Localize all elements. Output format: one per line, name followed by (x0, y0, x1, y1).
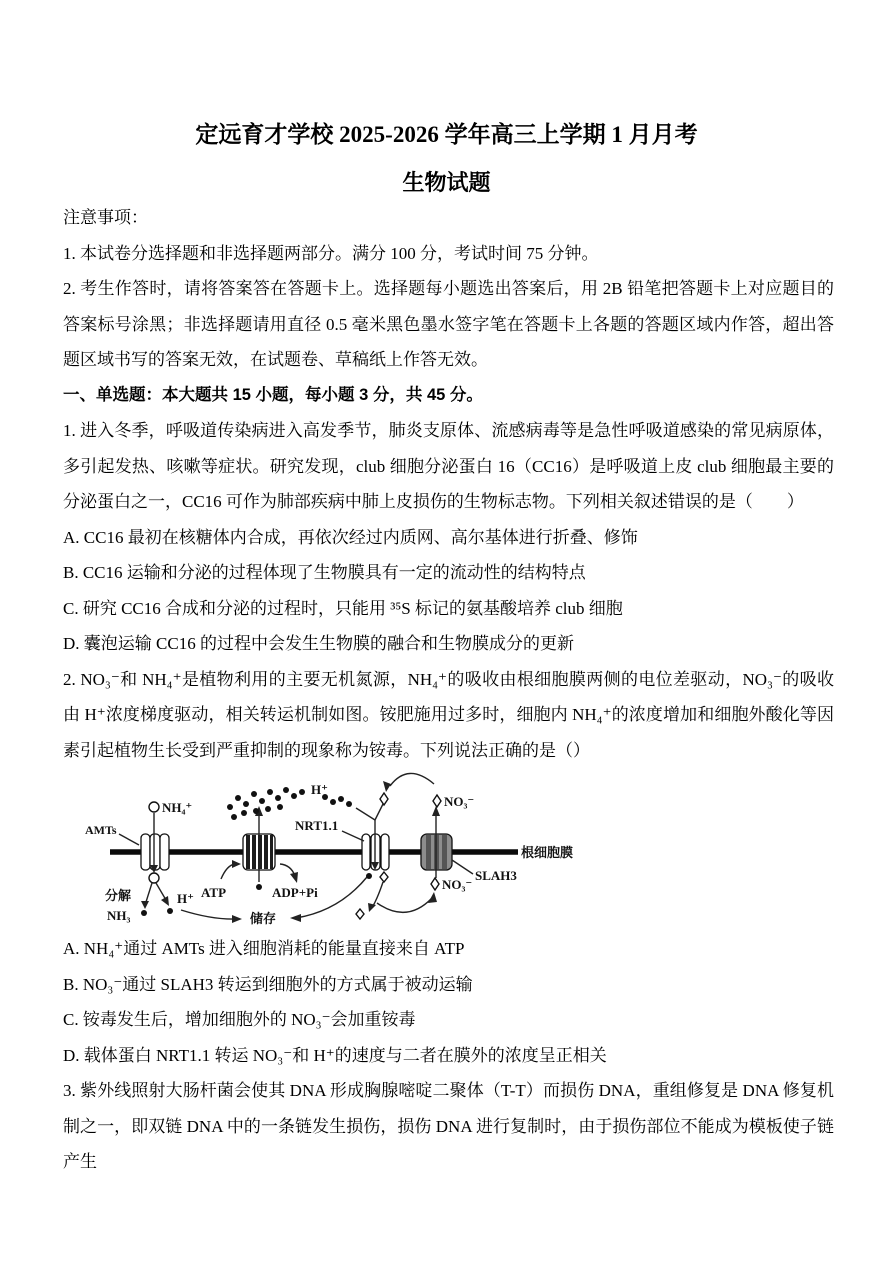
nrt-funnel-left (356, 808, 375, 820)
question-2-option-a: A. NH₄⁺通过 AMTs 进入细胞消耗的能量直接来自 ATP (63, 931, 834, 967)
nrt11-pointer-line (342, 831, 364, 841)
nh4-ion-icon (149, 802, 159, 812)
pumped-h-dot-icon (256, 884, 262, 890)
h-dot-below-nrt (366, 873, 372, 879)
amts-transporter-icon (141, 834, 169, 870)
question-1-option-c: C. 研究 CC16 合成和分泌的过程时，只能用 ³⁵S 标记的氨基酸培养 cl… (63, 591, 834, 627)
amts-label: AMTs (85, 823, 117, 837)
question-1-option-d: D. 囊泡运输 CC16 的过程中会发生生物膜的融合和生物膜成分的更新 (63, 626, 834, 662)
question-1-stem: 1. 进入冬季，呼吸道传染病进入高发季节，肺炎支原体、流感病毒等是急性呼吸道感染… (63, 413, 834, 520)
no3-diamond-above-nrt (380, 793, 388, 805)
exam-paper-page: 定远育才学校 2025-2026 学年高三上学期 1 月月考 生物试题 注意事项… (0, 0, 893, 1263)
question-2-option-d: D. 载体蛋白 NRT1.1 转运 NO₃⁻和 H⁺的速度与二者在膜外的浓度呈正… (63, 1038, 834, 1074)
question-1-option-b: B. CC16 运输和分泌的过程体现了生物膜具有一定的流动性的结构特点 (63, 555, 834, 591)
store-label: 储存 (250, 911, 276, 926)
h-plus-in-label: H⁺ (177, 891, 194, 906)
document-body: 注意事项： 1. 本试卷分选择题和非选择题两部分。满分 100 分，考试时间 7… (63, 200, 834, 1180)
h-plus-out-label: H⁺ (311, 782, 328, 797)
notice-item-2: 2. 考生作答时，请将答案答在答题卡上。选择题每小题选出答案后，用 2B 铅笔把… (63, 271, 834, 378)
amts-pointer-line (119, 834, 139, 845)
question-2-option-c: C. 铵毒发生后，增加细胞外的 NO₃⁻会加重铵毒 (63, 1002, 834, 1038)
question-2-option-b: B. NO₃⁻通过 SLAH3 转运到细胞外的方式属于被动运输 (63, 967, 834, 1003)
question-3-stem: 3. 紫外线照射大肠杆菌会使其 DNA 形成胸腺嘧啶二聚体（T-T）而损伤 DN… (63, 1073, 834, 1180)
slah3-label: SLAH3 (475, 868, 517, 883)
question-2-stem: 2. NO₃⁻和 NH₄⁺是植物利用的主要无机氮源，NH₄⁺的吸收由根细胞膜两侧… (63, 662, 834, 769)
question-1-option-a: A. CC16 最初在核糖体内合成，再依次经过内质网、高尔基体进行折叠、修饰 (63, 520, 834, 556)
h-plus-dot-icon (167, 908, 173, 914)
slah3-pointer-line (452, 860, 473, 874)
adp-pi-label: ADP+Pi (272, 885, 318, 900)
no3-diamond-below-nrt (380, 872, 388, 882)
nh4-inside-icon (149, 873, 159, 883)
no3-recycle-curve (377, 898, 432, 912)
nh3-label: NH₃ (107, 908, 131, 923)
nh4-label: NH₄⁺ (162, 800, 192, 815)
decompose-branch-left (146, 883, 152, 902)
h-ion-cloud-dots (227, 787, 352, 820)
question-2-diagram: 根细胞膜 AMTs NH₄⁺ 分解 (63, 762, 834, 931)
no3-in-label: NO₃⁻ (442, 877, 472, 892)
no3-diamond-stored (356, 909, 364, 919)
page-title: 定远育才学校 2025-2026 学年高三上学期 1 月月考 (0, 116, 893, 149)
transport-mechanism-diagram: 根细胞膜 AMTs NH₄⁺ 分解 (75, 762, 575, 934)
no3-fork-curve (373, 882, 383, 906)
decompose-branch-right (156, 883, 166, 900)
nh3-dot-icon (141, 910, 147, 916)
no3-diamond-inside (431, 878, 439, 890)
decompose-label: 分解 (105, 888, 132, 903)
notice-item-1: 1. 本试卷分选择题和非选择题两部分。满分 100 分，考试时间 75 分钟。 (63, 236, 834, 272)
h-to-store-arrow (181, 910, 237, 919)
no3-outside-curve (390, 773, 434, 786)
no3-diamond-outside (433, 795, 441, 807)
no3-out-label: NO₃⁻ (444, 794, 474, 809)
section-heading: 一、单选题：本大题共 15 小题，每小题 3 分，共 45 分。 (63, 378, 834, 414)
page-subtitle: 生物试题 (0, 166, 893, 197)
nrt-funnel-right (375, 804, 383, 820)
atp-label: ATP (201, 885, 226, 900)
notice-heading: 注意事项： (63, 200, 834, 236)
membrane-label: 根细胞膜 (521, 845, 573, 860)
nrt11-label: NRT1.1 (295, 818, 338, 833)
